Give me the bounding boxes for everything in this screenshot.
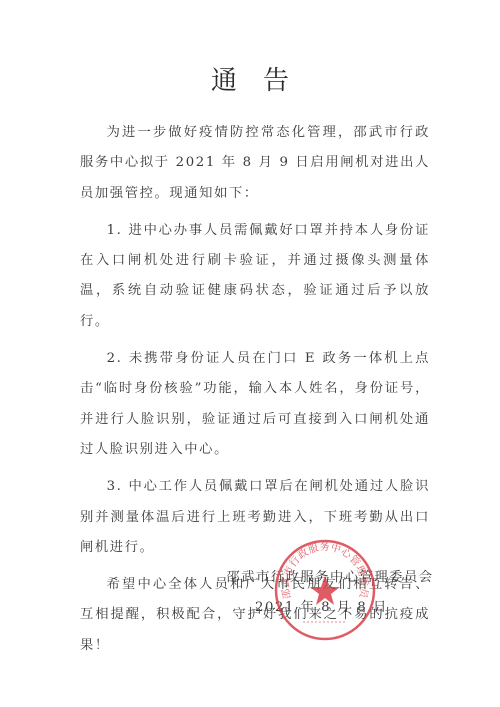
notice-title: 通告	[0, 60, 500, 97]
notice-page: 通告 为进一步做好疫情防控常态化管理，邵武市行政服务中心拟于 2021 年 8 …	[0, 0, 500, 707]
item-2-paragraph: 2. 未携带身份证人员在门口 E 政务一体机上点击“临时身份核验”功能，输入本人…	[80, 344, 430, 465]
signature-organization: 邵武市行政服务中心管理委员会	[225, 563, 435, 593]
intro-paragraph: 为进一步做好疫情防控常态化管理，邵武市行政服务中心拟于 2021 年 8 月 9…	[80, 118, 430, 209]
signature-block: 邵武市行政服务中心管理委员会 2021 年 8 月 8 日	[225, 563, 435, 623]
item-3-paragraph: 3. 中心工作人员佩戴口罩后在闸机处通过人脸识别并测量体温后进行上班考勤进入，下…	[80, 472, 430, 563]
item-1-paragraph: 1. 进中心办事人员需佩戴好口罩并持本人身份证在入口闸机处进行刷卡验证，并通过摄…	[80, 216, 430, 337]
signature-date: 2021 年 8 月 8 日	[225, 593, 435, 623]
